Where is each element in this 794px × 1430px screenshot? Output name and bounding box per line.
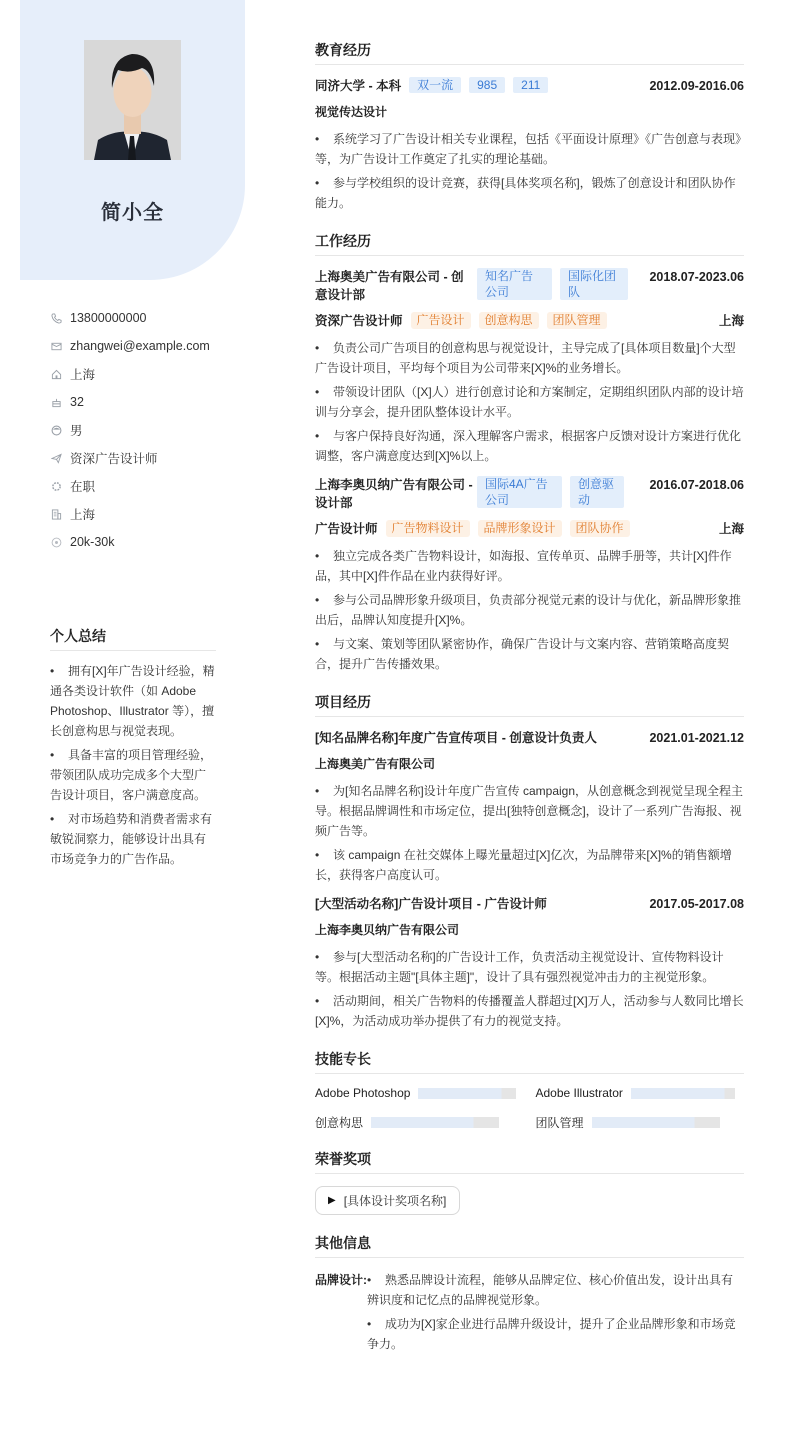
contact-list: 13800000000 zhangwei@example.com 上海 32 男… bbox=[50, 304, 250, 556]
project-point: 参与[大型活动名称]的广告设计工作，负责活动主视觉设计、宣传物料设计等。根据活动… bbox=[315, 947, 744, 987]
cake-icon bbox=[50, 396, 62, 408]
contact-value: 13800000000 bbox=[70, 311, 146, 325]
work-point: 参与公司品牌形象升级项目，负责部分视觉元素的设计与优化，新品牌形象推出后，品牌认… bbox=[315, 590, 744, 630]
company-tag: 创意驱动 bbox=[570, 476, 624, 508]
summary-item: 拥有[X]年广告设计经验，精通各类设计软件（如 Adobe Photoshop、… bbox=[50, 661, 216, 741]
other-point: 熟悉品牌设计流程，能够从品牌定位、核心价值出发，设计出具有辨识度和记忆点的品牌视… bbox=[367, 1270, 744, 1310]
company-tag: 国际化团队 bbox=[560, 268, 628, 300]
project-point: 为[知名品牌名称]设计年度广告宣传 campaign，从创意概念到视觉呈现全程主… bbox=[315, 781, 744, 841]
other-section: 其他信息 品牌设计: 熟悉品牌设计流程，能够从品牌定位、核心价值出发，设计出具有… bbox=[315, 1233, 744, 1358]
company-tag: 国际4A广告公司 bbox=[477, 476, 562, 508]
contact-position: 资深广告设计师 bbox=[50, 444, 250, 472]
project-name: [大型活动名称]广告设计项目 - 广告设计师 bbox=[315, 895, 547, 913]
education-section: 教育经历 同济大学 - 本科 双一流 985 211 2012.09-2016.… bbox=[315, 40, 744, 213]
work-entry: 上海奥美广告有限公司 - 创意设计部 知名广告公司 国际化团队 2018.07-… bbox=[315, 268, 744, 466]
company-name: 上海奥美广告有限公司 - 创意设计部 bbox=[315, 268, 467, 304]
skill-item: Adobe Photoshop bbox=[315, 1086, 524, 1100]
project-point: 该 campaign 在社交媒体上曝光量超过[X]亿次，为品牌带来[X]%的销售… bbox=[315, 845, 744, 885]
project-company: 上海奥美广告有限公司 bbox=[315, 755, 744, 773]
skill-bar bbox=[371, 1117, 499, 1128]
work-point: 与客户保持良好沟通，深入理解客户需求，根据客户反馈对设计方案进行优化调整，客户满… bbox=[315, 426, 744, 466]
project-date: 2021.01-2021.12 bbox=[649, 729, 744, 747]
project-entry: [大型活动名称]广告设计项目 - 广告设计师 2017.05-2017.08 上… bbox=[315, 895, 744, 1031]
work-section: 工作经历 上海奥美广告有限公司 - 创意设计部 知名广告公司 国际化团队 201… bbox=[315, 231, 744, 674]
awards-section: 荣誉奖项 ▶ [具体设计奖项名称] bbox=[315, 1149, 744, 1215]
triangle-right-icon: ▶ bbox=[328, 1195, 336, 1206]
school-tag: 211 bbox=[513, 77, 548, 93]
salary-icon bbox=[50, 536, 62, 548]
skill-item: 创意构思 bbox=[315, 1114, 524, 1131]
skill-bar bbox=[592, 1117, 720, 1128]
education-point: 参与学校组织的设计竞赛，获得[具体奖项名称]，锻炼了创意设计和团队协作能力。 bbox=[315, 173, 744, 213]
contact-status: 在职 bbox=[50, 472, 250, 500]
summary-item: 具备丰富的项目管理经验，带领团队成功完成多个大型广告设计项目，客户满意度高。 bbox=[50, 745, 216, 805]
work-date: 2018.07-2023.06 bbox=[649, 268, 744, 286]
skill-name: 创意构思 bbox=[315, 1114, 363, 1131]
section-title: 其他信息 bbox=[315, 1233, 744, 1258]
award-name: [具体设计奖项名称] bbox=[344, 1192, 447, 1209]
other-point: 成功为[X]家企业进行品牌升级设计，提升了企业品牌形象和市场竞争力。 bbox=[367, 1314, 744, 1354]
project-entry: [知名品牌名称]年度广告宣传项目 - 创意设计负责人 2021.01-2021.… bbox=[315, 729, 744, 885]
project-point: 活动期间，相关广告物料的传播覆盖人群超过[X]万人，活动参与人数同比增长[X]%… bbox=[315, 991, 744, 1031]
building-icon bbox=[50, 508, 62, 520]
work-point: 与文案、策划等团队紧密协作，确保广告设计与文案内容、营销策略高度契合，提升广告传… bbox=[315, 634, 744, 674]
role-name: 资深广告设计师 bbox=[315, 312, 403, 330]
contact-phone: 13800000000 bbox=[50, 304, 250, 332]
skills-section: 技能专长 Adobe Photoshop Adobe Illustrator 创… bbox=[315, 1049, 744, 1131]
contact-email: zhangwei@example.com bbox=[50, 332, 250, 360]
project-name: [知名品牌名称]年度广告宣传项目 - 创意设计负责人 bbox=[315, 729, 597, 747]
award-toggle-button[interactable]: ▶ [具体设计奖项名称] bbox=[315, 1186, 460, 1215]
contact-value: 资深广告设计师 bbox=[70, 449, 158, 467]
summary-section: 个人总结 拥有[X]年广告设计经验，精通各类设计软件（如 Adobe Photo… bbox=[50, 626, 216, 873]
company-name: 上海李奥贝纳广告有限公司 - 设计部 bbox=[315, 476, 473, 512]
project-date: 2017.05-2017.08 bbox=[649, 895, 744, 913]
send-icon bbox=[50, 452, 62, 464]
contact-value: zhangwei@example.com bbox=[70, 339, 210, 353]
skill-bar bbox=[631, 1088, 735, 1099]
role-tag: 广告设计 bbox=[411, 312, 471, 329]
work-location: 上海 bbox=[719, 312, 744, 330]
role-tag: 品牌形象设计 bbox=[478, 520, 562, 537]
skill-name: Adobe Illustrator bbox=[536, 1086, 623, 1100]
phone-icon bbox=[50, 312, 62, 324]
contact-city: 上海 bbox=[50, 500, 250, 528]
main-content: 教育经历 同济大学 - 本科 双一流 985 211 2012.09-2016.… bbox=[315, 40, 744, 1376]
skill-item: Adobe Illustrator bbox=[536, 1086, 745, 1100]
school-name: 同济大学 - 本科 bbox=[315, 77, 401, 95]
other-label: 品牌设计: bbox=[315, 1270, 367, 1358]
section-title: 项目经历 bbox=[315, 692, 744, 717]
section-title: 个人总结 bbox=[50, 626, 216, 651]
role-name: 广告设计师 bbox=[315, 520, 378, 538]
education-date: 2012.09-2016.06 bbox=[649, 77, 744, 95]
role-tag: 团队协作 bbox=[570, 520, 630, 537]
work-location: 上海 bbox=[719, 520, 744, 538]
summary-item: 对市场趋势和消费者需求有敏锐洞察力，能够设计出具有市场竞争力的广告作品。 bbox=[50, 809, 216, 869]
avatar bbox=[84, 40, 181, 160]
work-point: 带领设计团队（[X]人）进行创意讨论和方案制定，定期组织团队内部的设计培训与分享… bbox=[315, 382, 744, 422]
skill-name: Adobe Photoshop bbox=[315, 1086, 410, 1100]
projects-section: 项目经历 [知名品牌名称]年度广告宣传项目 - 创意设计负责人 2021.01-… bbox=[315, 692, 744, 1031]
major: 视觉传达设计 bbox=[315, 103, 744, 121]
work-entry: 上海李奥贝纳广告有限公司 - 设计部 国际4A广告公司 创意驱动 2016.07… bbox=[315, 476, 744, 674]
gender-icon bbox=[50, 424, 62, 436]
section-title: 工作经历 bbox=[315, 231, 744, 256]
role-tag: 创意构思 bbox=[479, 312, 539, 329]
work-point: 独立完成各类广告物料设计，如海报、宣传单页、品牌手册等，共计[X]件作品，其中[… bbox=[315, 546, 744, 586]
work-point: 负责公司广告项目的创意构思与视觉设计，主导完成了[具体项目数量]个大型广告设计项… bbox=[315, 338, 744, 378]
role-tag: 团队管理 bbox=[547, 312, 607, 329]
school-tag: 985 bbox=[469, 77, 505, 93]
contact-age: 32 bbox=[50, 388, 250, 416]
contact-value: 上海 bbox=[70, 365, 95, 383]
contact-salary: 20k-30k bbox=[50, 528, 250, 556]
skill-name: 团队管理 bbox=[536, 1114, 584, 1131]
home-icon bbox=[50, 368, 62, 380]
candidate-name: 简小全 bbox=[20, 196, 245, 225]
skill-item: 团队管理 bbox=[536, 1114, 745, 1131]
project-company: 上海李奥贝纳广告有限公司 bbox=[315, 921, 744, 939]
section-title: 教育经历 bbox=[315, 40, 744, 65]
section-title: 荣誉奖项 bbox=[315, 1149, 744, 1174]
work-date: 2016.07-2018.06 bbox=[649, 476, 744, 494]
contact-value: 20k-30k bbox=[70, 535, 114, 549]
contact-address: 上海 bbox=[50, 360, 250, 388]
contact-value: 男 bbox=[70, 421, 83, 439]
education-point: 系统学习了广告设计相关专业课程，包括《平面设计原理》《广告创意与表现》等，为广告… bbox=[315, 129, 744, 169]
status-icon bbox=[50, 480, 62, 492]
company-tag: 知名广告公司 bbox=[477, 268, 552, 300]
contact-gender: 男 bbox=[50, 416, 250, 444]
school-tag: 双一流 bbox=[409, 77, 461, 93]
contact-value: 在职 bbox=[70, 477, 95, 495]
contact-value: 上海 bbox=[70, 505, 95, 523]
role-tag: 广告物料设计 bbox=[386, 520, 470, 537]
section-title: 技能专长 bbox=[315, 1049, 744, 1074]
mail-icon bbox=[50, 340, 62, 352]
contact-value: 32 bbox=[70, 395, 84, 409]
skill-bar bbox=[418, 1088, 516, 1099]
